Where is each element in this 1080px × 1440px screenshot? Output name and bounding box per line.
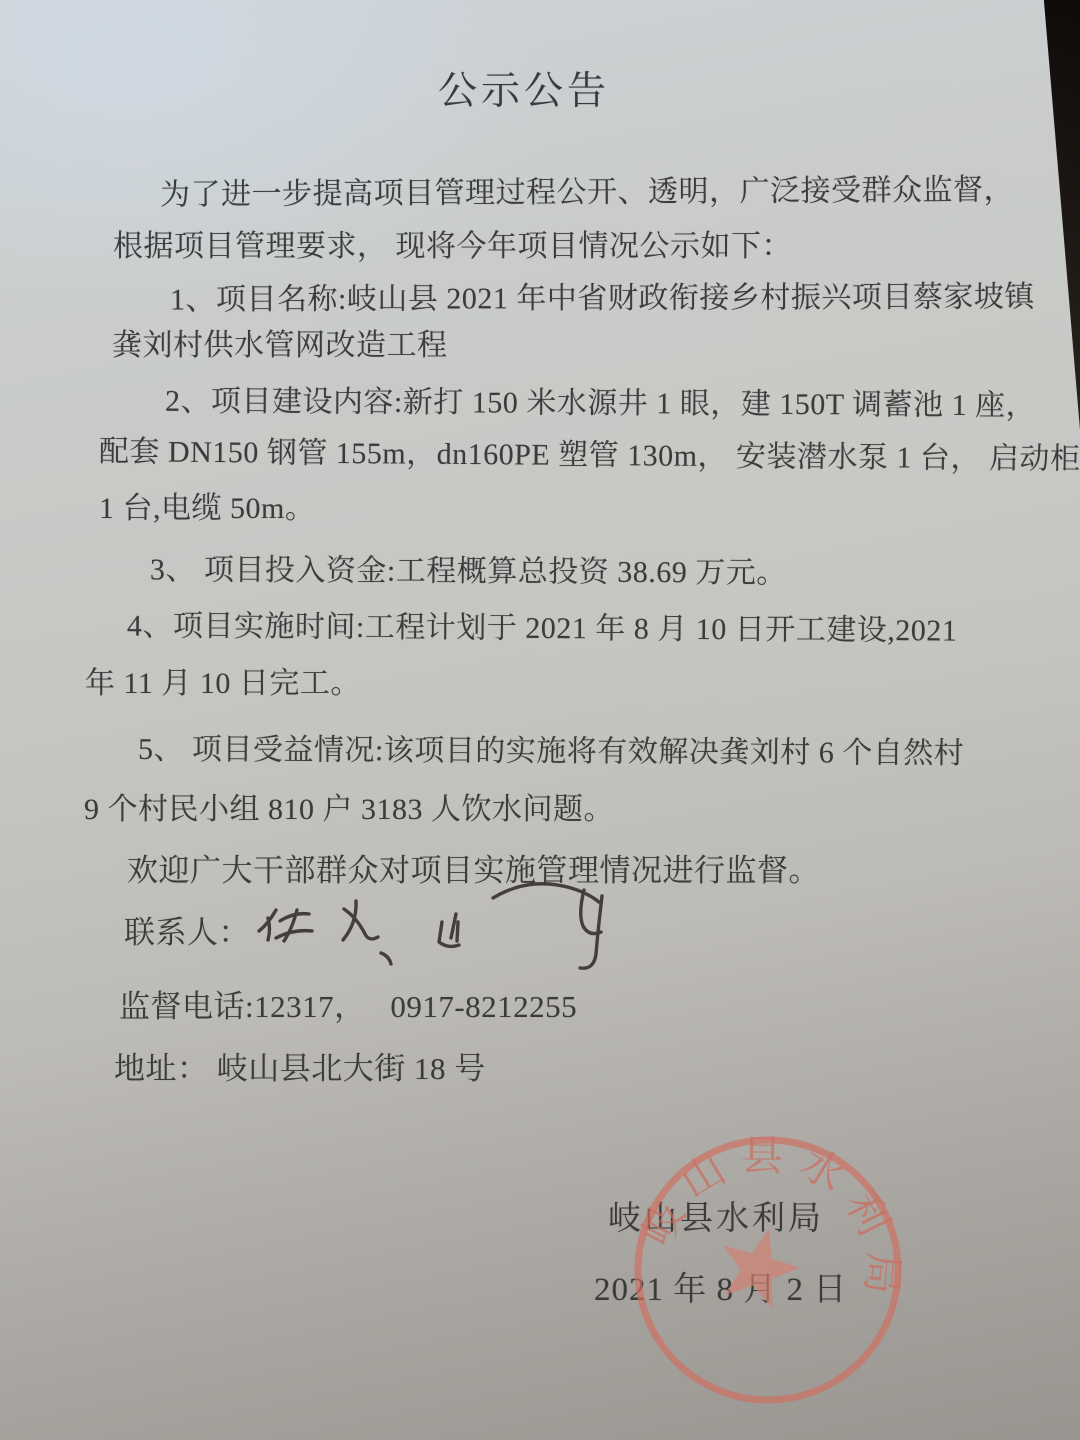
seal-text: 岐山县水利局 <box>632 1122 918 1318</box>
body-line: 根据项目管理要求， 现将今年项目情况公示如下： <box>113 221 792 265</box>
body-line: 1、项目名称:岐山县 2021 年中省财政衔接乡村振兴项目蔡家坡镇 <box>170 271 1035 318</box>
body-line: 龚刘村供水管网改造工程 <box>112 320 448 364</box>
body-line: 配套 DN150 钢管 155m，dn160PE 塑管 130m， 安装潜水泵 … <box>99 426 1080 478</box>
body-line: 5、 项目受益情况:该项目的实施将有效解决龚刘村 6 个自然村 <box>138 724 965 772</box>
page-title: 公示公告 <box>438 60 610 116</box>
body-line: 为了进一步提高项目管理过程公开、透明，广泛接受群众监督， <box>160 164 1014 213</box>
body-line: 9 个村民小组 810 户 3183 人饮水问题。 <box>84 784 614 828</box>
document-page: 公示公告 为了进一步提高项目管理过程公开、透明，广泛接受群众监督， 根据项目管理… <box>0 0 1080 1440</box>
photo-background-corner <box>1038 0 1080 430</box>
body-line: 1 台,电缆 50m。 <box>99 483 315 527</box>
body-line: 年 11 月 10 日完工。 <box>85 658 361 702</box>
official-seal: 岐山县水利局 <box>618 1122 918 1422</box>
body-line: 4、项目实施时间:工程计划于 2021 年 8 月 10 日开工建设,2021 <box>127 600 958 649</box>
body-line: 3、 项目投入资金:工程概算总投资 38.69 万元。 <box>150 544 787 591</box>
handwritten-signature <box>250 876 670 991</box>
address-line: 地址： 岐山县北大街 18 号 <box>114 1043 486 1088</box>
seal-star-icon <box>710 1218 808 1313</box>
contact-person-label: 联系人： <box>124 907 250 952</box>
supervision-phone: 监督电话:12317， 0917-8212255 <box>119 981 577 1026</box>
body-line: 2、项目建设内容:新打 150 米水源井 1 眼，建 150T 调蓄池 1 座， <box>165 376 1036 425</box>
